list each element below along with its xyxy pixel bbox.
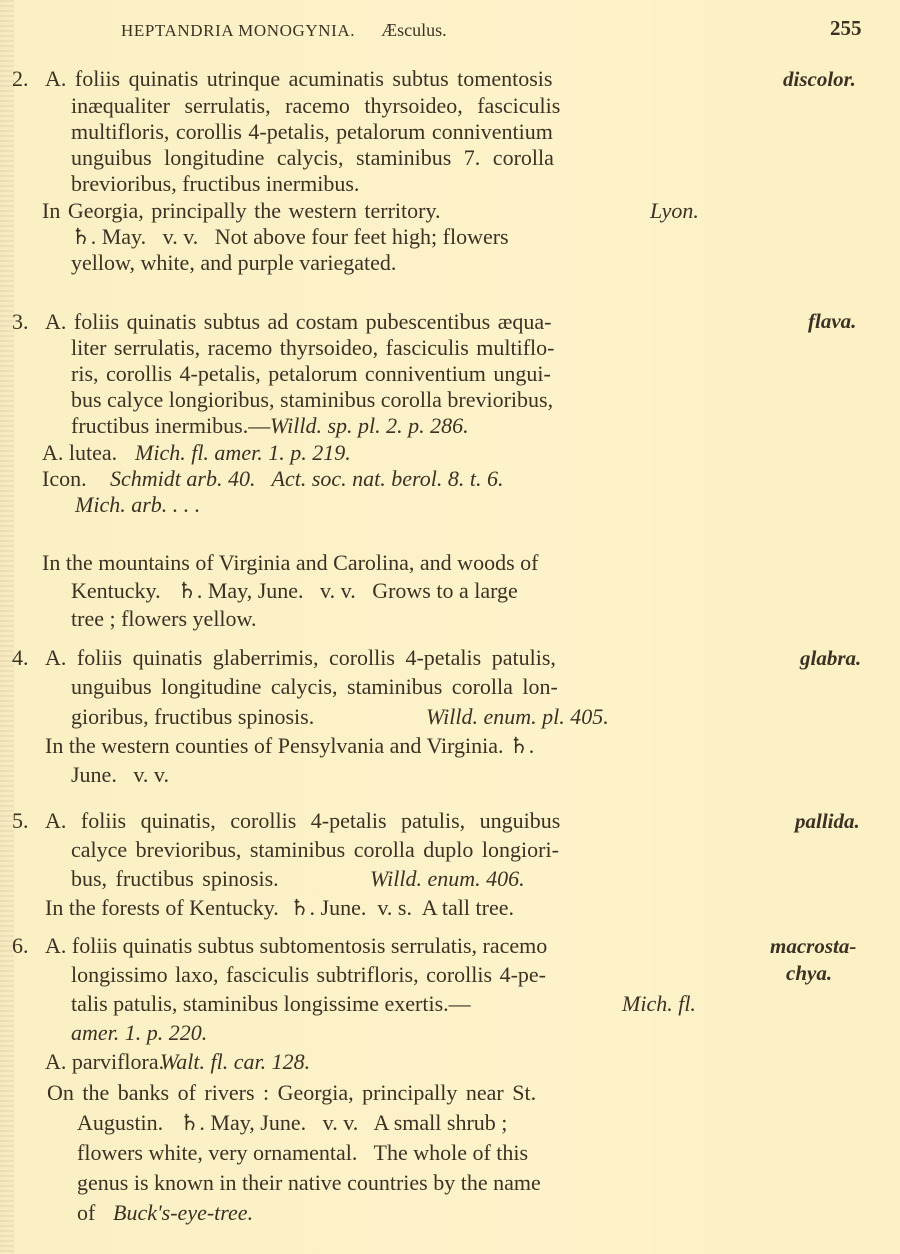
common-name: Buck's-eye-tree.	[113, 1200, 253, 1226]
description-line: brevioribus, fructibus inermibus.	[71, 171, 359, 197]
habitat-line: genus is known in their native countries…	[77, 1170, 541, 1196]
page-header: HEPTANDRIA MONOGYNIA.Æsculus. 255	[0, 16, 900, 46]
description-line: A. foliis quinatis subtus ad costam pube…	[45, 309, 552, 335]
habitat-line: Kentucky. ♄. May, June. v. v. Grows to a…	[71, 578, 518, 604]
description-line: A. foliis quinatis subtus subtomentosis …	[45, 933, 547, 959]
habitat-line: In the western counties of Pensylvania a…	[45, 733, 534, 759]
running-head-title: HEPTANDRIA MONOGYNIA.	[121, 21, 355, 40]
description-line: multifloris, corollis 4-petalis, petalor…	[71, 119, 553, 145]
synonym-name: A. parviflora.	[45, 1049, 164, 1075]
habitat-line: In Georgia, principally the western terr…	[42, 198, 441, 224]
description-line: calyce brevioribus, staminibus corolla d…	[71, 837, 559, 863]
entry-number: 6.	[12, 933, 29, 959]
entry-number: 5.	[12, 808, 29, 834]
book-page: HEPTANDRIA MONOGYNIA.Æsculus. 255 2. A. …	[0, 0, 900, 1254]
page-gutter	[0, 0, 14, 1254]
entry-number: 4.	[12, 645, 29, 671]
habitat-line: June. v. v.	[71, 762, 169, 788]
icon-refs: Mich. arb. . . .	[75, 492, 200, 518]
species-name: flava.	[808, 309, 856, 334]
description-line: A. foliis quinatis glaberrimis, corollis…	[45, 645, 556, 671]
habitat-line: Augustin. ♄. May, June. v. v. A small sh…	[77, 1110, 507, 1136]
habitat-line: tree ; flowers yellow.	[71, 606, 257, 632]
citation: Willd. enum. pl. 405.	[426, 704, 609, 730]
description-line: talis patulis, staminibus longissime exe…	[71, 991, 471, 1017]
species-name: pallida.	[795, 809, 860, 834]
description-line: gioribus, fructibus spinosis.	[71, 704, 314, 730]
description-line: inæqualiter serrulatis, racemo thyrsoide…	[71, 93, 560, 119]
genus-title: Æsculus.	[381, 20, 447, 40]
synonym-name: A. lutea.	[42, 440, 117, 466]
description-line: unguibus longitudine calycis, staminibus…	[71, 145, 554, 171]
citation: Mich. fl.	[622, 991, 696, 1017]
description-line: A. foliis quinatis, corollis 4-petalis p…	[45, 808, 560, 834]
synonym-ref: Mich. fl. amer. 1. p. 219.	[135, 440, 351, 466]
habitat-line: flowers white, very ornamental. The whol…	[77, 1140, 528, 1166]
species-name: glabra.	[800, 646, 861, 671]
description-line: bus, fructibus spinosis.	[71, 866, 279, 892]
description-line: A. foliis quinatis utrinque acuminatis s…	[45, 66, 552, 92]
habitat-authority: Lyon.	[650, 198, 699, 224]
description-line: fructibus inermibus.—	[71, 413, 270, 439]
running-head: HEPTANDRIA MONOGYNIA.Æsculus.	[121, 20, 447, 41]
habitat-line: On the banks of rivers : Georgia, princi…	[47, 1080, 536, 1106]
description-line: unguibus longitudine calycis, staminibus…	[71, 674, 558, 700]
icon-label: Icon.	[42, 466, 87, 492]
icon-refs: Schmidt arb. 40. Act. soc. nat. berol. 8…	[110, 466, 504, 492]
citation: Willd. enum. 406.	[370, 866, 525, 892]
description-line: liter serrulatis, racemo thyrsoideo, fas…	[71, 335, 554, 361]
species-name-continued: chya.	[786, 961, 832, 986]
citation: Willd. sp. pl. 2. p. 286.	[270, 413, 469, 439]
description-line: ris, corollis 4-petalis, petalorum conni…	[71, 361, 551, 387]
habitat-line: ♄. May. v. v. Not above four feet high; …	[71, 224, 509, 250]
habitat-line: of	[77, 1200, 95, 1226]
species-name: macrosta-	[770, 934, 856, 959]
habitat-line: yellow, white, and purple variegated.	[71, 250, 396, 276]
entry-number: 2.	[12, 66, 29, 92]
description-line: bus calyce longioribus, staminibus corol…	[71, 387, 553, 413]
citation: amer. 1. p. 220.	[71, 1020, 207, 1046]
habitat-line: In the mountains of Virginia and Carolin…	[42, 550, 538, 576]
page-number: 255	[830, 16, 862, 41]
species-name: discolor.	[783, 67, 856, 92]
description-line: longissimo laxo, fasciculis subtrifloris…	[71, 962, 546, 988]
habitat-line: In the forests of Kentucky. ♄. June. v. …	[45, 895, 514, 921]
entry-number: 3.	[12, 309, 29, 335]
synonym-ref: Walt. fl. car. 128.	[160, 1049, 310, 1075]
